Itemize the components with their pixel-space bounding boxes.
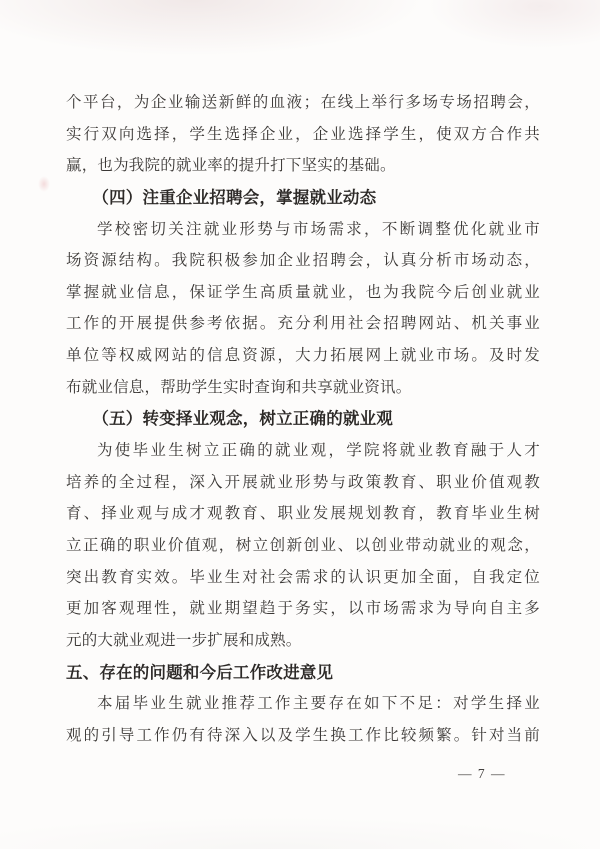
scan-smudge-top — [0, 0, 600, 80]
section-heading-5: （五）转变择业观念，树立正确的就业观 — [66, 403, 540, 435]
body-line: 单位等权威网站的信息资源，大力拓展网上就业市场。及时发 — [66, 340, 540, 372]
scanned-document-page: 个平台，为企业输送新鲜的血液；在线上举行多场专场招聘会， 实行双向选择，学生选择… — [0, 0, 600, 849]
body-line: 培养的全过程，深入开展就业形势与政策教育、职业价值观教 — [66, 467, 540, 499]
body-line: 工作的开展提供参考依据。充分利用社会招聘网站、机关事业 — [66, 308, 540, 340]
body-line: 突出教育实效。毕业生对社会需求的认识更加全面，自我定位 — [66, 562, 540, 594]
body-line: 本届毕业生就业推荐工作主要存在如下不足：对学生择业 — [66, 688, 540, 720]
body-line: 育、择业观与成才观教育、职业发展规划教育，教育毕业生树 — [66, 498, 540, 530]
body-line: 布就业信息，帮助学生实时查询和共享就业资讯。 — [66, 372, 540, 404]
body-line: 场资源结构。我院积极参加企业招聘会，认真分析市场动态， — [66, 245, 540, 277]
body-line: 观的引导工作仍有待深入以及学生换工作比较频繁。针对当前 — [66, 720, 540, 752]
body-line: 为使毕业生树立正确的就业观，学院将就业教育融于人才 — [66, 435, 540, 467]
body-line: 立正确的职业价值观，树立创新创业、以创业带动就业的观念， — [66, 530, 540, 562]
page-number: — 7 — — [458, 766, 506, 782]
body-line: 更加客观理性，就业期望趋于务实，以市场需求为导向自主多 — [66, 593, 540, 625]
body-line: 学校密切关注就业形势与市场需求，不断调整优化就业市 — [66, 214, 540, 246]
body-line: 实行双向选择，学生选择企业，企业选择学生，使双方合作共 — [66, 119, 540, 151]
body-line: 个平台，为企业输送新鲜的血液；在线上举行多场专场招聘会， — [66, 87, 540, 119]
body-line: 元的大就业观进一步扩展和成熟。 — [66, 625, 540, 657]
scan-smudge-left-edge — [38, 176, 50, 192]
section-heading-4: （四）注重企业招聘会，掌握就业动态 — [66, 182, 540, 214]
scan-smudge-bottom — [0, 809, 600, 849]
chapter-heading-5: 五、存在的问题和今后工作改进意见 — [66, 657, 540, 689]
body-line: 掌握就业信息，保证学生高质量就业，也为我院今后创业就业 — [66, 277, 540, 309]
document-text-block: 个平台，为企业输送新鲜的血液；在线上举行多场专场招聘会， 实行双向选择，学生选择… — [66, 87, 540, 751]
body-line: 赢，也为我院的就业率的提升打下坚实的基础。 — [66, 150, 540, 182]
